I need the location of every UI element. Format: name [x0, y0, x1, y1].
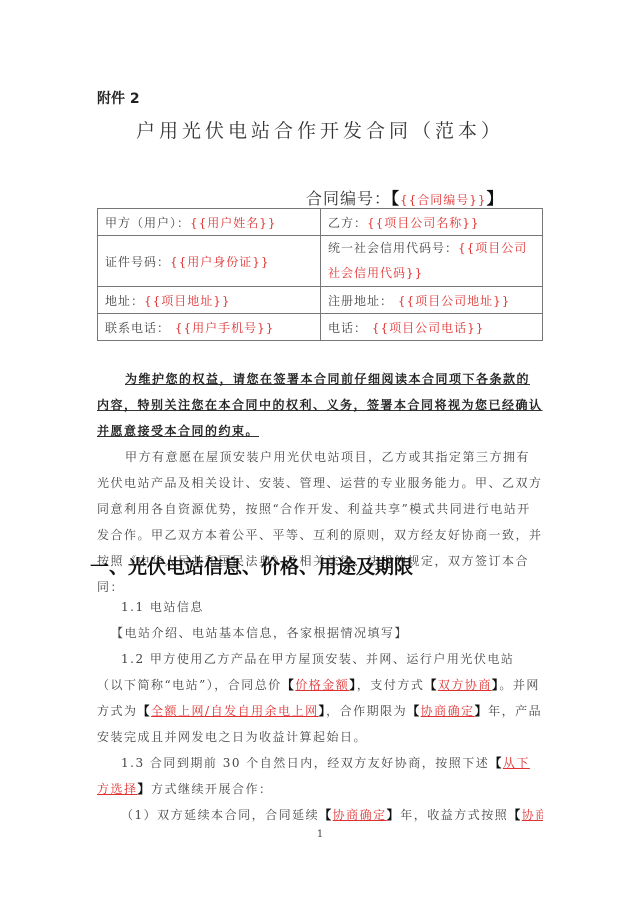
bracket-close: 】	[487, 189, 504, 208]
clause-1-1-title: 1.1 电站信息	[97, 594, 543, 620]
cell-label: 统一社会信用代码号：	[328, 241, 458, 255]
contract-number-label: 合同编号：	[306, 189, 391, 208]
table-row: 甲方（用户）：{{用户姓名}} 乙方：{{项目公司名称}}	[98, 209, 543, 236]
party-b-name-cell: 乙方：{{项目公司名称}}	[321, 209, 543, 236]
term-field[interactable]: 协商确定	[421, 704, 475, 718]
clause-text: ，支付方式	[357, 678, 425, 692]
user-id-field[interactable]: {{用户身份证}}	[170, 255, 270, 269]
table-row: 地址：{{项目地址}} 注册地址： {{项目公司地址}}	[98, 287, 543, 314]
clause-text: ，合作期限为	[326, 704, 407, 718]
contract-number: 合同编号：【{{合同编号}}】	[306, 186, 504, 209]
notice-text: 为维护您的权益，请您在签署本合同前仔细阅读本合同项下各条款的内容，特别关注您在本…	[97, 372, 543, 438]
user-phone-field[interactable]: {{用户手机号}}	[170, 321, 274, 335]
table-row: 联系电话： {{用户手机号}} 电话： {{项目公司电话}}	[98, 314, 543, 341]
table-row: 证件号码：{{用户身份证}} 统一社会信用代码号：{{项目公司社会信用代码}}	[98, 236, 543, 287]
project-address-field[interactable]: {{项目地址}}	[144, 294, 231, 308]
cell-label: 联系电话：	[105, 321, 170, 335]
phone-cell: 联系电话： {{用户手机号}}	[98, 314, 321, 341]
cell-label: 电话：	[328, 321, 367, 335]
document-title: 户用光伏电站合作开发合同（范本）	[0, 116, 640, 143]
extension-years-field[interactable]: 协商确定	[333, 808, 387, 822]
clause-1-1-note: 【电站介绍、电站基本信息，各家根据情况填写】	[97, 620, 543, 646]
section-heading: 一、光伏电站信息、价格、用途及期限	[90, 552, 413, 579]
party-info-table: 甲方（用户）：{{用户姓名}} 乙方：{{项目公司名称}} 证件号码：{{用户身…	[97, 208, 543, 341]
cell-label: 注册地址：	[328, 294, 393, 308]
clause-text: 年，收益方式按照	[400, 808, 508, 822]
payment-method-field[interactable]: 双方协商	[438, 678, 492, 692]
clause-1-3: 1.3 合同到期前 30 个自然日内，经双方友好协商，按照下述【从下方选择】方式…	[97, 750, 543, 802]
page-number: 1	[0, 829, 640, 840]
id-number-cell: 证件号码：{{用户身份证}}	[98, 236, 321, 287]
attachment-label: 附件 2	[97, 88, 140, 108]
company-address-field[interactable]: {{项目公司地址}}	[393, 294, 510, 308]
clause-text: （1）双方延续本合同，合同延续	[121, 808, 319, 822]
clause-1-3-1: （1）双方延续本合同，合同延续【协商确定】年，收益方式按照【协商确	[97, 802, 543, 828]
cell-label: 证件号码：	[105, 255, 170, 269]
grid-mode-field[interactable]: 全额上网/自发自用余电上网	[151, 704, 319, 718]
price-field[interactable]: 价格金额	[295, 678, 349, 692]
party-a-name-cell: 甲方（用户）：{{用户姓名}}	[98, 209, 321, 236]
clause-1-2: 1.2 甲方使用乙方产品在甲方屋顶安装、并网、运行户用光伏电站 （以下简称“电站…	[97, 646, 543, 750]
company-name-field[interactable]: {{项目公司名称}}	[367, 216, 480, 230]
notice-paragraph: 为维护您的权益，请您在签署本合同前仔细阅读本合同项下各条款的内容，特别关注您在本…	[97, 366, 543, 444]
revenue-method-field[interactable]: 协商确	[522, 808, 543, 822]
address-cell: 地址：{{项目地址}}	[98, 287, 321, 314]
bracket-open: 【	[391, 189, 400, 208]
registered-address-cell: 注册地址： {{项目公司地址}}	[321, 287, 543, 314]
credit-code-cell: 统一社会信用代码号：{{项目公司社会信用代码}}	[321, 236, 543, 287]
clause-text: 方式继续开展合作：	[151, 782, 273, 796]
clause-text: 1.3 合同到期前 30 个自然日内，经双方友好协商，按照下述	[121, 756, 489, 770]
company-phone-cell: 电话： {{项目公司电话}}	[321, 314, 543, 341]
contract-number-field[interactable]: {{合同编号}}	[400, 193, 487, 207]
cell-label: 地址：	[105, 294, 144, 308]
user-name-field[interactable]: {{用户姓名}}	[190, 216, 277, 230]
cell-label: 甲方（用户）：	[105, 216, 190, 230]
company-phone-field[interactable]: {{项目公司电话}}	[367, 321, 484, 335]
cell-label: 乙方：	[328, 216, 367, 230]
